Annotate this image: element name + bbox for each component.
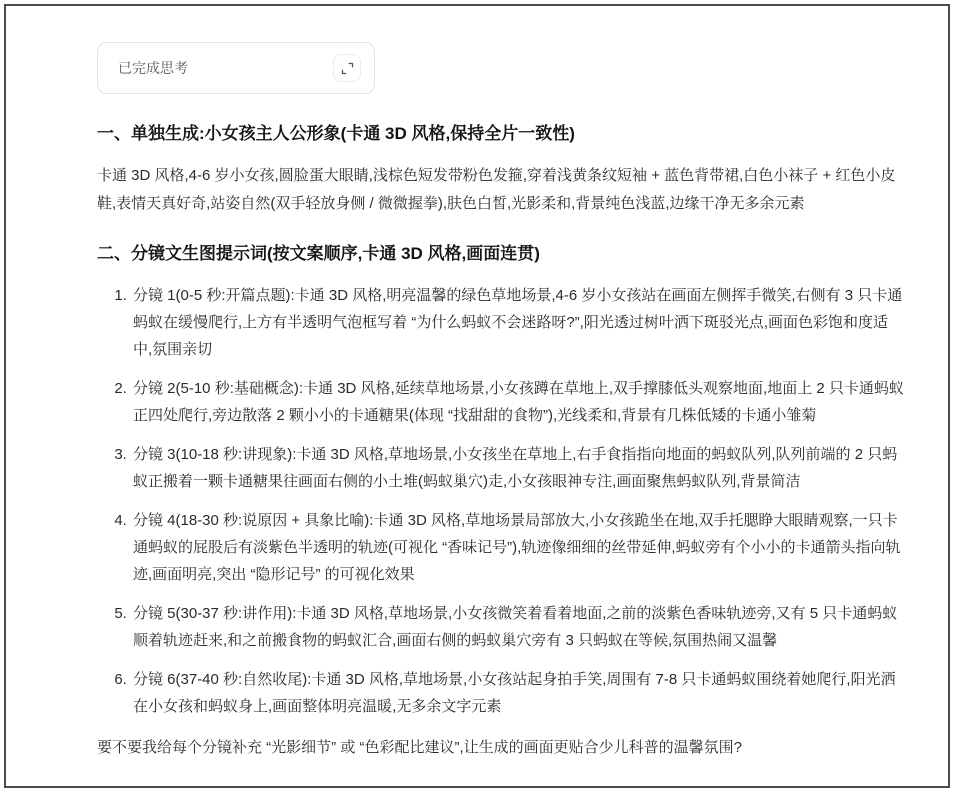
storyboard-prompt-list: 分镜 1(0-5 秒:开篇点题):卡通 3D 风格,明亮温馨的绿色草地场景,4-… (97, 282, 906, 720)
follow-up-question: 要不要我给每个分镜补充 “光影细节” 或 “色彩配比建议”,让生成的画面更贴合少… (97, 734, 906, 761)
storyboard-item-2: 分镜 2(5-10 秒:基础概念):卡通 3D 风格,延续草地场景,小女孩蹲在草… (131, 375, 906, 429)
storyboard-item-1: 分镜 1(0-5 秒:开篇点题):卡通 3D 风格,明亮温馨的绿色草地场景,4-… (131, 282, 906, 363)
storyboard-item-4: 分镜 4(18-30 秒:说原因 + 具象比喻):卡通 3D 风格,草地场景局部… (131, 507, 906, 588)
expand-thinking-button[interactable] (333, 54, 361, 82)
character-prompt-paragraph: 卡通 3D 风格,4-6 岁小女孩,圆脸蛋大眼睛,浅棕色短发带粉色发箍,穿着浅黄… (97, 162, 906, 218)
storyboard-item-3: 分镜 3(10-18 秒:讲现象):卡通 3D 风格,草地场景,小女孩坐在草地上… (131, 441, 906, 495)
assistant-message: 已完成思考 一、单独生成:小女孩主人公形象(卡通 3D 风格,保持全片一致性) … (6, 6, 948, 761)
section2-heading: 二、分镜文生图提示词(按文案顺序,卡通 3D 风格,画面连贯) (97, 242, 906, 267)
storyboard-item-6: 分镜 6(37-40 秒:自然收尾):卡通 3D 风格,草地场景,小女孩站起身拍… (131, 666, 906, 720)
chat-response-frame: 已完成思考 一、单独生成:小女孩主人公形象(卡通 3D 风格,保持全片一致性) … (4, 4, 950, 788)
section1-heading: 一、单独生成:小女孩主人公形象(卡通 3D 风格,保持全片一致性) (97, 122, 906, 147)
thinking-collapsed-panel[interactable]: 已完成思考 (97, 42, 375, 94)
storyboard-item-5: 分镜 5(30-37 秒:讲作用):卡通 3D 风格,草地场景,小女孩微笑着看着… (131, 600, 906, 654)
expand-icon (341, 62, 354, 75)
thinking-status-label: 已完成思考 (118, 58, 188, 78)
